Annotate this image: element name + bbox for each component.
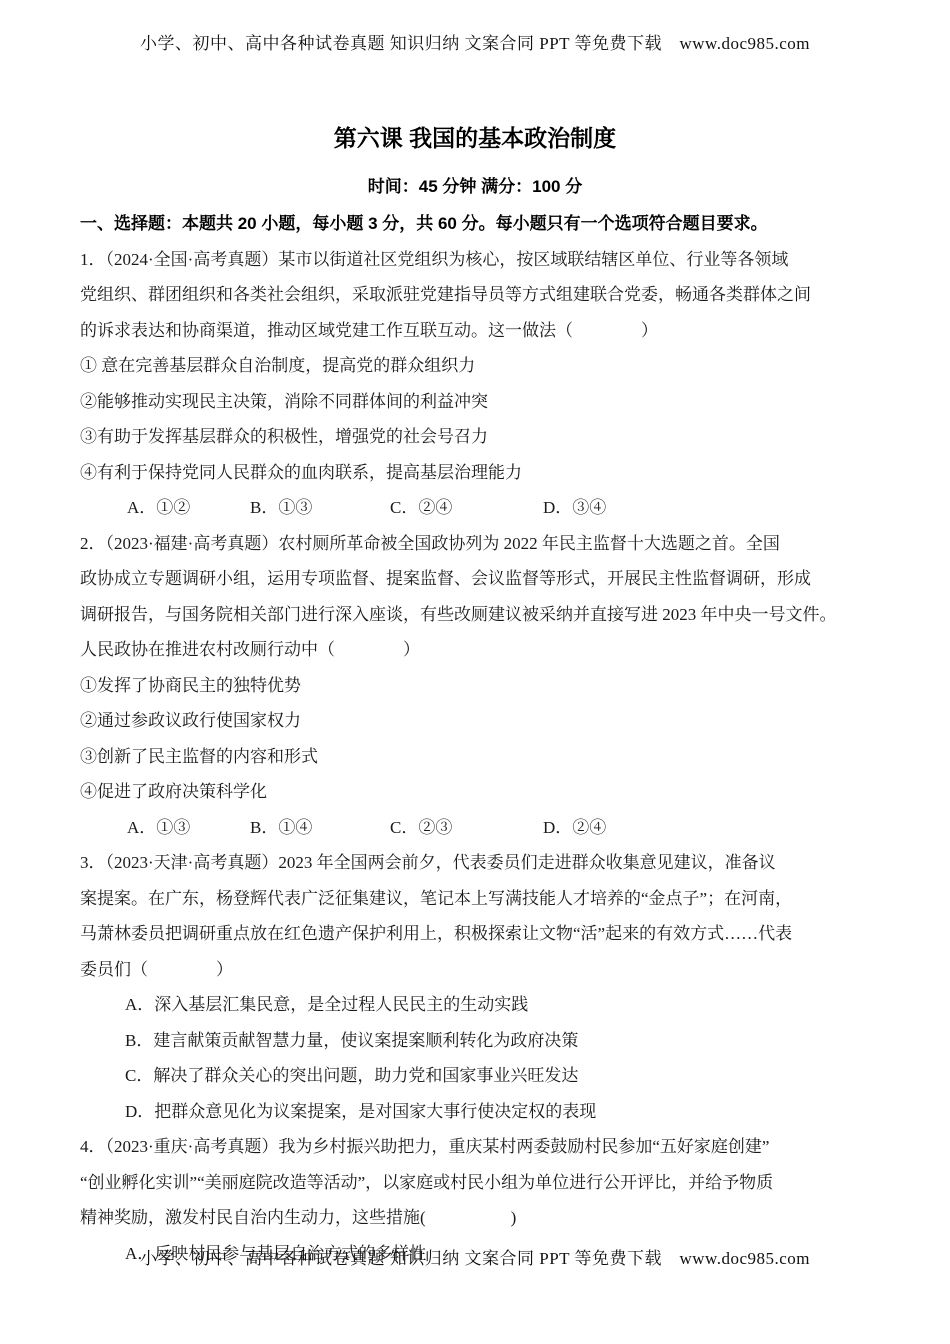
q2-stem-line: 人民政协在推进农村改厕行动中（ ） <box>80 632 870 668</box>
q2-stem-line: 政协成立专题调研小组，运用专项监督、提案监督、会议监督等形式，开展民主性监督调研… <box>80 561 870 597</box>
document-title: 第六课 我国的基本政治制度 <box>0 120 950 153</box>
q2-stem-line: 调研报告，与国务院相关部门进行深入座谈，有些改厕建议被采纳并直接写进 2023 … <box>80 597 870 633</box>
q3-stem-line: 3．（2023·天津·高考真题）2023 年全国两会前夕，代表委员们走进群众收集… <box>80 845 870 881</box>
q2-option-b: B．①④ <box>250 810 312 846</box>
q2-options-row: A．①③ B．①④ C．②③ D．②④ <box>80 810 870 846</box>
q1-statement-3: ③有助于发挥基层群众的积极性，增强党的社会号召力 <box>80 419 870 455</box>
q1-statement-1: ① 意在完善基层群众自治制度，提高党的群众组织力 <box>80 348 870 384</box>
q1-stem-line: 1．（2024·全国·高考真题）某市以街道社区党组织为核心，按区域联结辖区单位、… <box>80 242 870 278</box>
q2-statement-3: ③创新了民主监督的内容和形式 <box>80 739 870 775</box>
exam-body: 一、选择题：本题共 20 小题，每小题 3 分，共 60 分。每小题只有一个选项… <box>80 206 870 1271</box>
q4-stem-line: “创业孵化实训”“美丽庭院改造等活动”，以家庭或村民小组为单位进行公开评比，并给… <box>80 1165 870 1201</box>
q3-option-a: A．深入基层汇集民意，是全过程人民民主的生动实践 <box>80 987 870 1023</box>
site-banner-bottom: 小学、初中、高中各种试卷真题 知识归纳 文案合同 PPT 等免费下载 www.d… <box>0 1244 950 1269</box>
q3-stem-line: 案提案。在广东，杨登辉代表广泛征集建议，笔记本上写满技能人才培养的“金点子”；在… <box>80 881 870 917</box>
q2-option-c: C．②③ <box>390 810 452 846</box>
q3-stem-line: 委员们（ ） <box>80 952 870 988</box>
q2-statement-2: ②通过参政议政行使国家权力 <box>80 703 870 739</box>
question-1: 1．（2024·全国·高考真题）某市以街道社区党组织为核心，按区域联结辖区单位、… <box>80 242 870 526</box>
q3-option-b: B．建言献策贡献智慧力量，使议案提案顺利转化为政府决策 <box>80 1023 870 1059</box>
document-page: 小学、初中、高中各种试卷真题 知识归纳 文案合同 PPT 等免费下载 www.d… <box>0 0 950 1344</box>
q4-stem-line: 4．（2023·重庆·高考真题）我为乡村振兴助把力，重庆某村两委鼓励村民参加“五… <box>80 1129 870 1165</box>
site-banner-top: 小学、初中、高中各种试卷真题 知识归纳 文案合同 PPT 等免费下载 www.d… <box>0 0 950 54</box>
q1-option-c: C．②④ <box>390 490 452 526</box>
q2-stem-line: 2．（2023·福建·高考真题）农村厕所革命被全国政协列为 2022 年民主监督… <box>80 526 870 562</box>
q3-option-d: D．把群众意见化为议案提案，是对国家大事行使决定权的表现 <box>80 1094 870 1130</box>
q1-stem-line: 党组织、群团组织和各类社会组织，采取派驻党建指导员等方式组建联合党委，畅通各类群… <box>80 277 870 313</box>
q4-stem-line: 精神奖励，激发村民自治内生动力，这些措施( ) <box>80 1200 870 1236</box>
q2-option-d: D．②④ <box>543 810 606 846</box>
q1-option-b: B．①③ <box>250 490 312 526</box>
q1-stem-line: 的诉求表达和协商渠道，推动区域党建工作互联互动。这一做法（ ） <box>80 313 870 349</box>
q3-option-c: C．解决了群众关心的突出问题，助力党和国家事业兴旺发达 <box>80 1058 870 1094</box>
q1-options-row: A．①② B．①③ C．②④ D．③④ <box>80 490 870 526</box>
section-1-heading: 一、选择题：本题共 20 小题，每小题 3 分，共 60 分。每小题只有一个选项… <box>80 206 870 242</box>
q1-option-d: D．③④ <box>543 490 606 526</box>
q3-stem-line: 马萧林委员把调研重点放在红色遗产保护利用上，积极探索让文物“活”起来的有效方式…… <box>80 916 870 952</box>
q1-statement-4: ④有利于保持党同人民群众的血肉联系，提高基层治理能力 <box>80 455 870 491</box>
q1-statement-2: ②能够推动实现民主决策，消除不同群体间的利益冲突 <box>80 384 870 420</box>
q1-option-a: A．①② <box>127 490 190 526</box>
question-3: 3．（2023·天津·高考真题）2023 年全国两会前夕，代表委员们走进群众收集… <box>80 845 870 1129</box>
q2-statement-4: ④促进了政府决策科学化 <box>80 774 870 810</box>
q2-option-a: A．①③ <box>127 810 190 846</box>
question-2: 2．（2023·福建·高考真题）农村厕所革命被全国政协列为 2022 年民主监督… <box>80 526 870 846</box>
exam-time-score: 时间：45 分钟 满分：100 分 <box>0 172 950 197</box>
q2-statement-1: ①发挥了协商民主的独特优势 <box>80 668 870 704</box>
